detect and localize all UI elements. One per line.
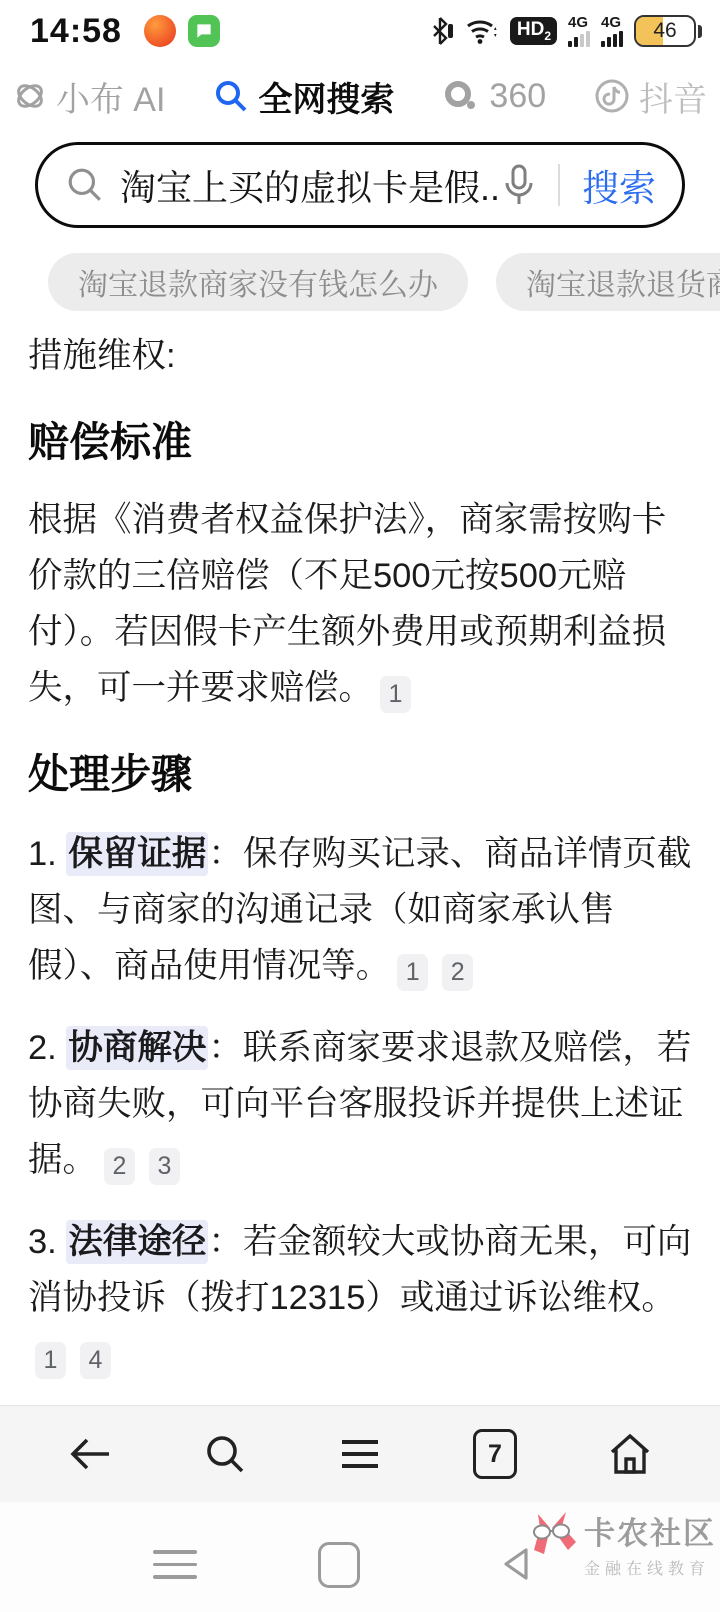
messages-notification-icon — [188, 15, 220, 47]
intro-line: 措施维权: — [28, 328, 694, 384]
watermark-title: 卡农社区 — [584, 1508, 716, 1553]
step-item-3: 3. 法律途径：若金额较大或协商无果，可向消协投诉（拨打12315）或通过诉讼维… — [28, 1214, 694, 1382]
battery-icon: 46 — [634, 15, 702, 47]
answer-article: 措施维权: 赔偿标准 根据《消费者权益保护法》，商家需按购卡价款的三倍赔偿（不足… — [28, 318, 694, 1464]
hamburger-menu-icon — [338, 1436, 382, 1472]
compensation-paragraph: 根据《消费者权益保护法》，商家需按购卡价款的三倍赔偿（不足500元按500元赔付… — [28, 492, 694, 716]
kanong-logo-icon — [528, 1508, 576, 1560]
home-icon — [607, 1432, 653, 1476]
bluetooth-icon — [428, 16, 454, 46]
citation-badge[interactable]: 2 — [442, 954, 473, 991]
tab-label: 小布 AI — [56, 72, 166, 121]
citation-badge[interactable]: 1 — [35, 1342, 66, 1379]
citation-badge[interactable]: 2 — [104, 1148, 135, 1185]
search-bar[interactable]: 淘宝上买的虚拟卡是假... 搜索 — [35, 142, 685, 228]
related-search-chips: 淘宝退款商家没有钱怎么办 淘宝退款退货商家不处理怎么办 — [0, 253, 720, 313]
search-submit-button[interactable]: 搜索 — [582, 158, 656, 212]
citation-badge[interactable]: 4 — [80, 1342, 111, 1379]
tab-360[interactable]: 360 — [442, 77, 546, 116]
citation-badge[interactable]: 3 — [149, 1148, 180, 1185]
citation-badge[interactable]: 1 — [380, 676, 411, 713]
tab-label: 360 — [489, 77, 546, 116]
browser-toolbar: 7 — [0, 1405, 720, 1502]
kanong-watermark: 卡农社区 金融在线教育 — [528, 1508, 716, 1579]
tab-count: 7 — [473, 1429, 517, 1479]
tab-label: 抖音 — [639, 72, 707, 121]
watermark-subtitle: 金融在线教育 — [584, 1556, 716, 1579]
tab-xiaobu-ai[interactable]: 小布 AI — [13, 72, 166, 121]
xiaobu-knot-icon — [13, 79, 47, 113]
hd-voice-icon: HD2 — [510, 17, 557, 45]
suggestion-chip[interactable]: 淘宝退款商家没有钱怎么办 — [48, 253, 468, 311]
step-term: 保留证据 — [66, 832, 208, 876]
tab-label: 全网搜索 — [258, 72, 394, 121]
360-icon — [442, 79, 480, 113]
sim1-signal-icon: 4G — [568, 15, 590, 47]
douyin-icon — [594, 78, 630, 114]
suggestion-chip[interactable]: 淘宝退款退货商家不处理怎么办 — [496, 253, 720, 311]
search-tool-button[interactable] — [197, 1426, 253, 1482]
section-heading-steps: 处理步骤 — [28, 748, 694, 800]
search-icon — [204, 1433, 246, 1475]
step-term: 法律途径 — [66, 1220, 208, 1264]
step-item-2: 2. 协商解决：联系商家要求退款及赔偿，若协商失败，可向平台客服投诉并提供上述证… — [28, 1020, 694, 1188]
search-query[interactable]: 淘宝上买的虚拟卡是假... — [120, 160, 502, 211]
citation-badge[interactable]: 1 — [397, 954, 428, 991]
microphone-icon[interactable] — [502, 163, 536, 207]
wifi-icon — [465, 16, 499, 46]
search-icon — [66, 166, 104, 204]
divider — [558, 164, 560, 206]
arrow-left-icon — [67, 1434, 113, 1474]
sim2-signal-icon: 4G — [601, 15, 623, 47]
step-term: 协商解决 — [66, 1026, 208, 1070]
recent-apps-icon[interactable] — [153, 1550, 197, 1579]
tab-quanwang-search[interactable]: 全网搜索 — [213, 72, 394, 121]
status-bar: 14:58 HD2 4G 4G 46 — [0, 0, 720, 62]
search-icon — [213, 78, 249, 114]
home-button[interactable] — [602, 1426, 658, 1482]
back-nav-icon[interactable] — [498, 1544, 532, 1584]
clock: 14:58 — [30, 12, 122, 51]
menu-button[interactable] — [332, 1426, 388, 1482]
tab-douyin[interactable]: 抖音 — [594, 72, 707, 121]
search-engine-tabs: 小布 AI 全网搜索 360 抖音 — [0, 62, 720, 130]
notification-app-icon — [144, 15, 176, 47]
back-button[interactable] — [62, 1426, 118, 1482]
tabs-button[interactable]: 7 — [467, 1426, 523, 1482]
phone-screen: 14:58 HD2 4G 4G 46 — [0, 0, 720, 1612]
step-item-1: 1. 保留证据：保存购买记录、商品详情页截图、与商家的沟通记录（如商家承认售假）… — [28, 826, 694, 994]
section-heading-compensation: 赔偿标准 — [28, 416, 694, 468]
home-nav-icon[interactable] — [318, 1542, 360, 1588]
